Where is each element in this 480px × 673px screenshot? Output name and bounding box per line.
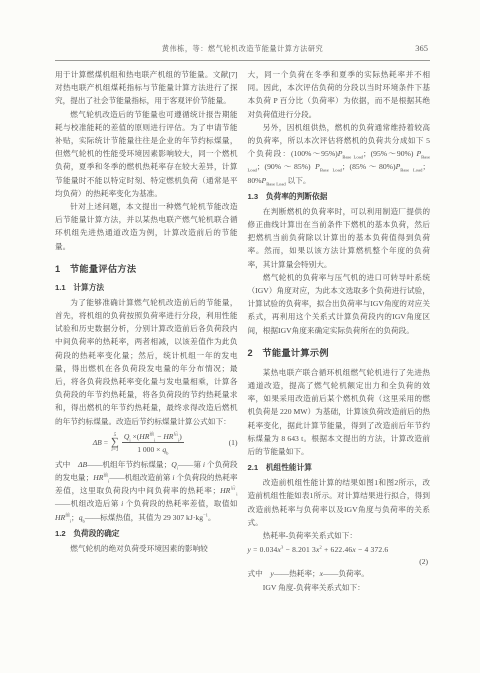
header-rule	[55, 60, 430, 61]
variable-legend: 式中 ΔB——机组年节约标煤量；Qi——第 i 个负荷段的发电量；HR前i——机…	[55, 458, 238, 524]
subsection-heading-2-1: 2.1 机组性能计算	[248, 462, 431, 473]
equation-number: (2)	[248, 556, 431, 567]
sum-lower-limit: i=1	[111, 448, 118, 453]
equation-number: (1)	[222, 438, 238, 447]
left-column: 用于计算燃煤机组和热电联产机组的节能量。文献[7]对热电联产机组煤耗指标与节能量…	[55, 68, 238, 594]
section-heading-1: 1 节能量评估方法	[55, 261, 238, 275]
two-column-body: 用于计算燃煤机组和热电联产机组的节能量。文献[7]对热电联产机组煤耗指标与节能量…	[55, 68, 430, 594]
fraction-denominator: 1 000 × qb	[137, 443, 168, 454]
paragraph: 某热电联产联合循环机组燃气轮机进行了先进热通道改造，提高了燃气轮机额定出力和全负…	[248, 366, 431, 458]
paragraph: 为了能够准确计算燃气轮机改造前后的节能量，首先，将机组的负荷按照负荷率进行分段，…	[55, 296, 238, 428]
paragraph: 热耗率-负荷率关系式如下：	[248, 529, 431, 542]
paper-page: 黄伟栋，等：燃气轮机改造节能量计算方法研究 365 用于计算燃煤机组和热电联产机…	[0, 0, 480, 673]
page-header: 黄伟栋，等：燃气轮机改造节能量计算方法研究 365	[55, 44, 430, 58]
variable-legend: 式中 y——热耗率；x——负荷率。	[248, 567, 431, 580]
fraction: Qi ×(HR前i − HR后i) 1 000 × qb	[122, 432, 184, 454]
section-heading-2: 2 节能量计算示例	[248, 345, 431, 359]
paragraph: 大，同一个负荷在冬季和夏季的实际热耗率并不相同。因此，本次评估负荷的分段以当时环…	[248, 68, 431, 121]
subsection-heading-1-1: 1.1 计算方法	[55, 282, 238, 293]
paragraph: 燃气轮机的绝对负荷受环境因素的影响较	[55, 542, 238, 555]
paragraph: 燃气轮机的负荷率与压气机的进口可转导叶系统（IGV）角度对应，为此本文选取多个负…	[248, 271, 431, 337]
equation-lhs: ΔB =	[93, 438, 108, 447]
fraction-numerator: Qi ×(HR前i − HR后i)	[122, 432, 184, 444]
paragraph: 针对上述问题，本文提出一种燃气轮机节能改造后节能量计算方法，并以某热电联产燃气轮…	[55, 200, 238, 253]
paragraph: 另外，因机组供热，燃机的负荷通常维持着较高的负荷率，所以本次评估将燃机的负荷共分…	[248, 121, 431, 187]
paragraph: 燃气轮机改造后的节能量也可遵循统计报告期能耗与校准能耗的差值的原则进行评估。为了…	[55, 108, 238, 200]
subsection-heading-1-2: 1.2 负荷段的确定	[55, 528, 238, 539]
running-title: 黄伟栋，等：燃气轮机改造节能量计算方法研究	[55, 44, 430, 54]
paragraph: IGV 角度-负荷率关系式如下：	[248, 581, 431, 594]
sum-glyph: ∑	[111, 438, 119, 447]
equation-2: y = 0.034x3 − 8.201 3x2 + 622.46x − 4 37…	[248, 543, 431, 567]
equation-2-body: y = 0.034x3 − 8.201 3x2 + 622.46x − 4 37…	[248, 543, 431, 556]
equation-1: ΔB = 5 ∑ i=1 Qi ×(HR前i − HR后i) 1 000 × q…	[55, 432, 238, 454]
paragraph: 改造前机组性能计算的结果如图1和图2所示，改造前机组性能如表1所示。对计算结果进…	[248, 476, 431, 529]
paragraph: 用于计算燃煤机组和热电联产机组的节能量。文献[7]对热电联产机组煤耗指标与节能量…	[55, 68, 238, 108]
page-number: 365	[415, 43, 428, 53]
sigma-symbol: 5 ∑ i=1	[111, 433, 119, 453]
right-column: 大，同一个负荷在冬季和夏季的实际热耗率并不相同。因此，本次评估负荷的分段以当时环…	[248, 68, 431, 594]
paragraph: 在判断燃机的负荷率时，可以利用制造厂提供的修正曲线计算出在当前条件下燃机的基本负…	[248, 205, 431, 271]
subsection-heading-1-3: 1.3 负荷率的判断依据	[248, 191, 431, 202]
equation-1-body: ΔB = 5 ∑ i=1 Qi ×(HR前i − HR后i) 1 000 × q…	[55, 432, 222, 454]
